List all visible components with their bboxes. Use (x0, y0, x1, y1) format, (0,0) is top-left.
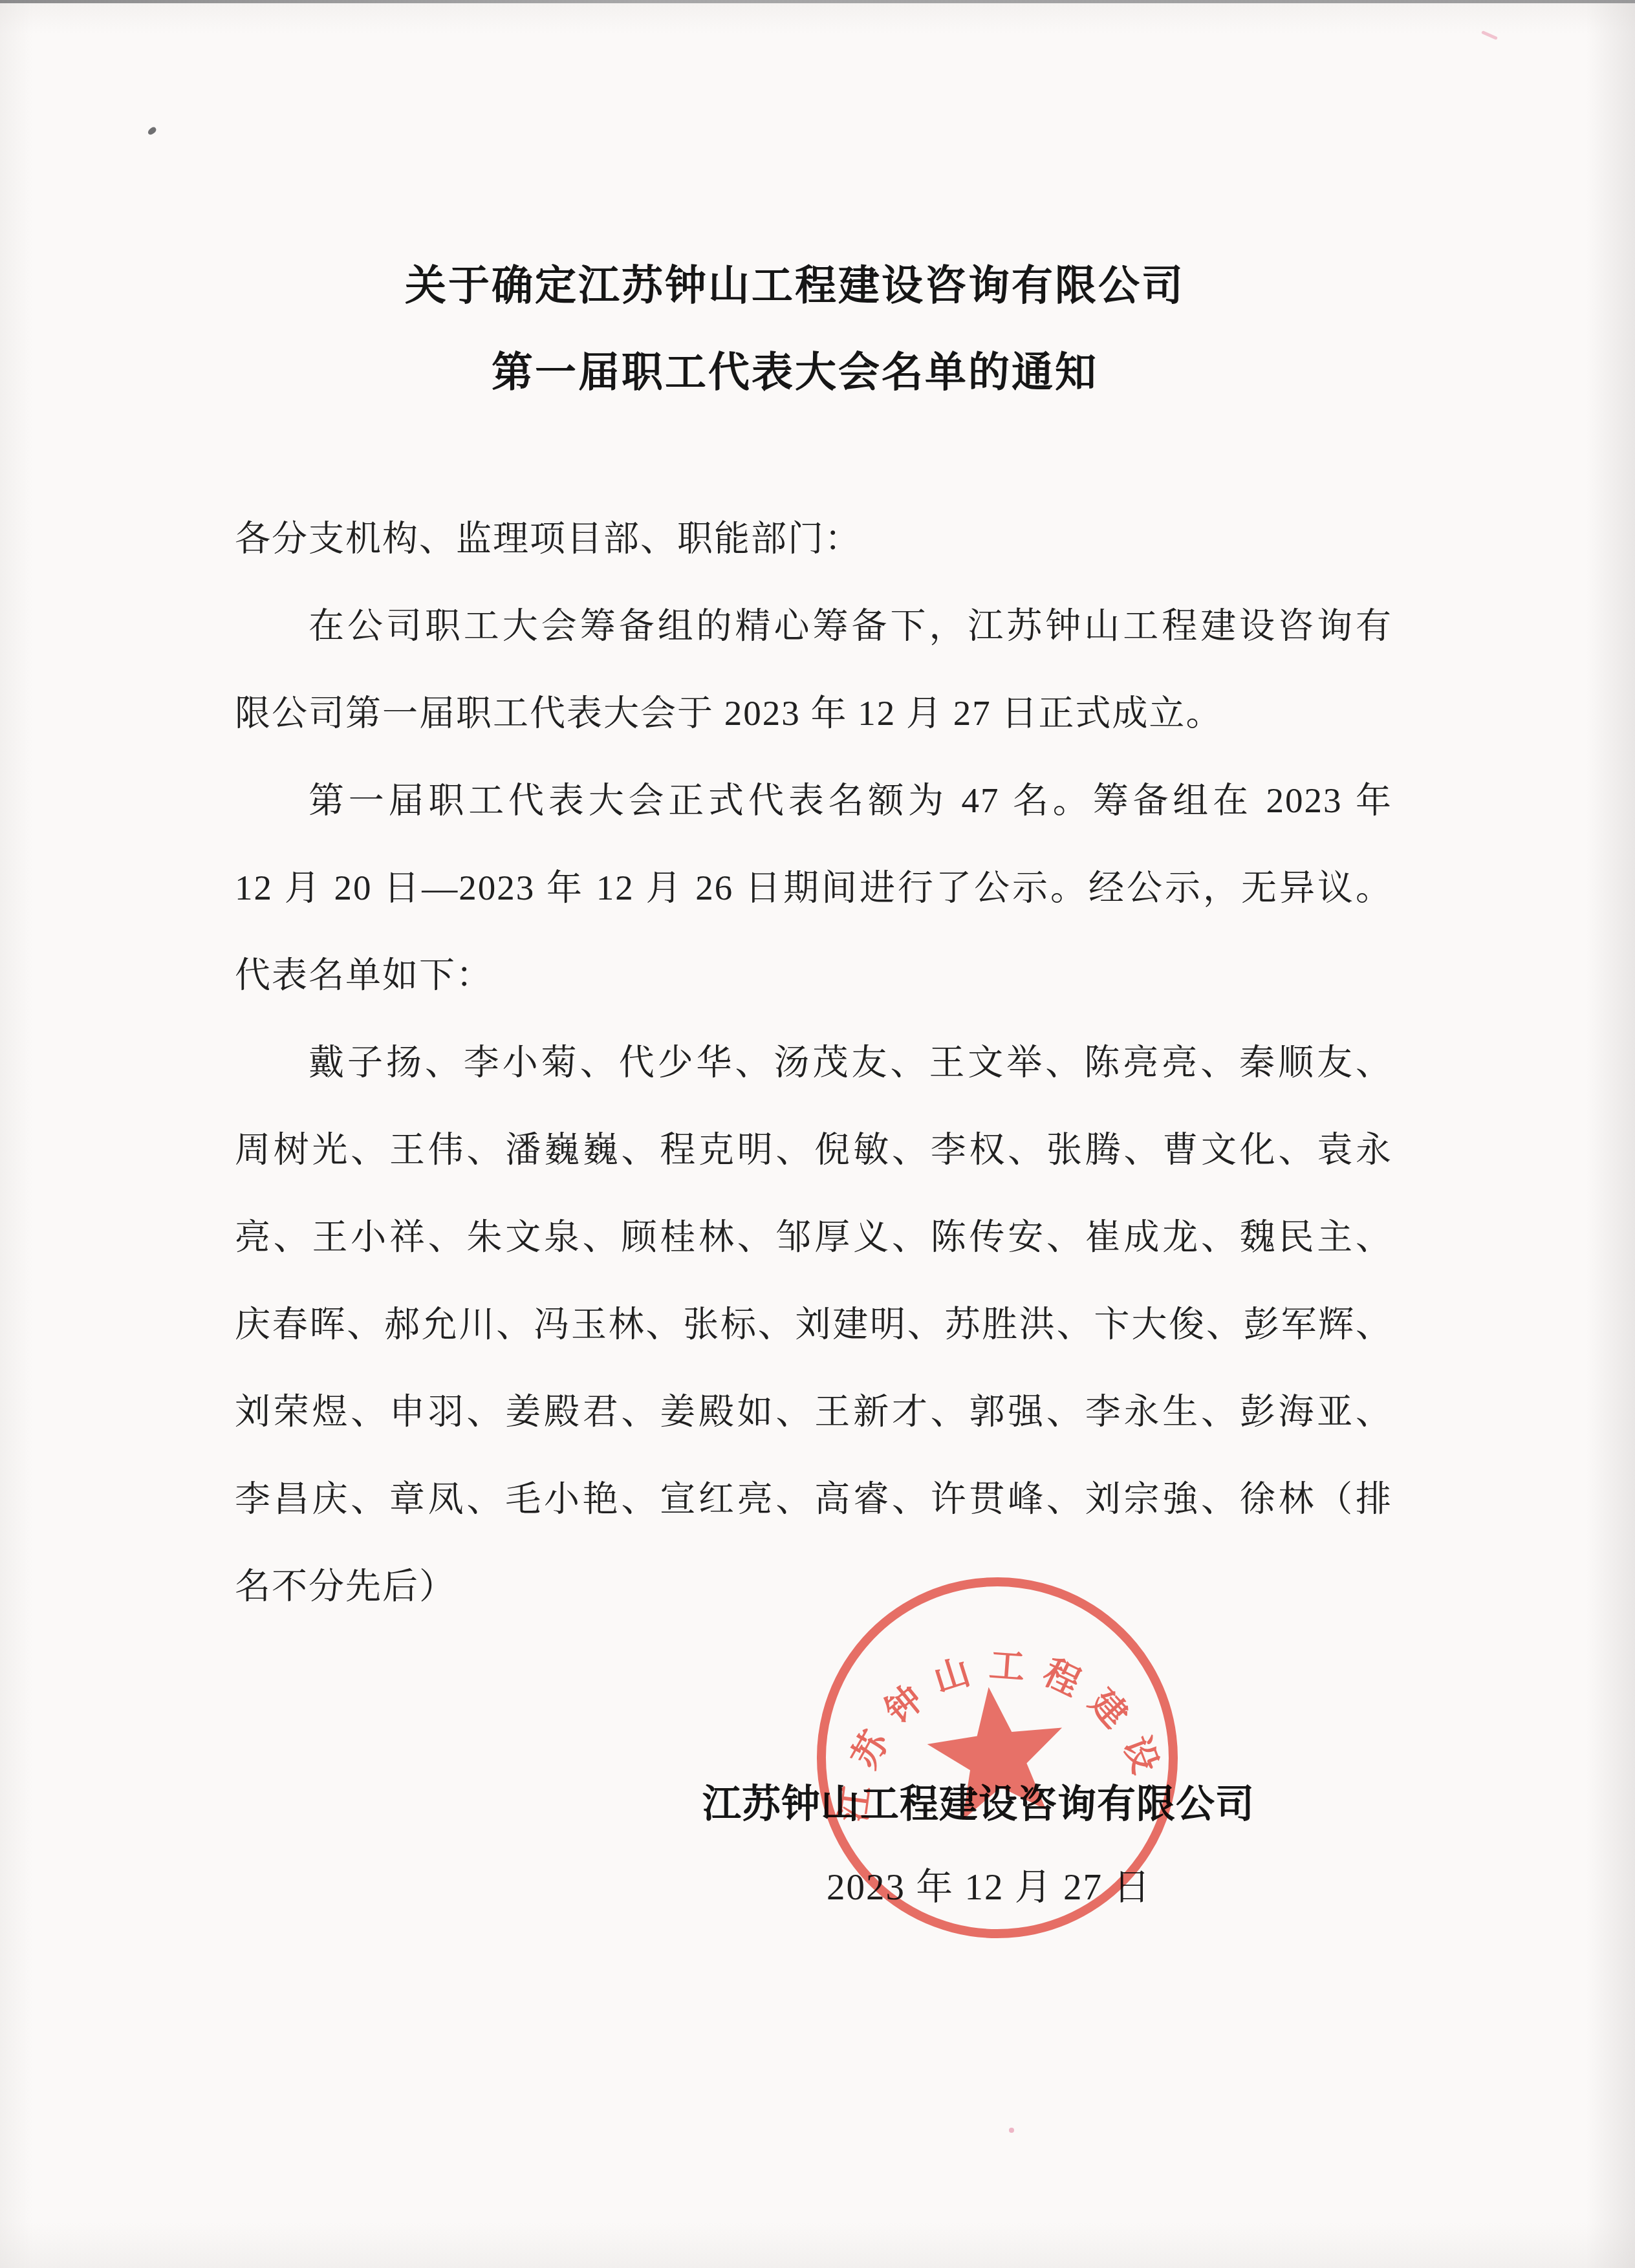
scanned-notice-page: { "document": { "title_lines": [ "关于确定江苏… (0, 0, 1635, 2268)
notice-title-line-2: 第一届职工代表大会名单的通知 (9, 336, 1581, 423)
name-list-line: 名不分先后） (235, 1547, 1392, 1634)
name-list-line: 戴子扬、李小菊、代少华、汤茂友、王文举、陈亮亮、秦顺友、 (235, 1023, 1392, 1110)
name-list-line: 李昌庆、章凤、毛小艳、宣红亮、高睿、许贯峰、刘宗強、徐林（排 (235, 1460, 1392, 1547)
name-list-line: 亮、王小祥、朱文泉、顾桂林、邹厚义、陈传安、崔成龙、魏民主、 (235, 1198, 1392, 1285)
salutation-line: 各分支机构、监理项目部、职能部门： (235, 499, 1392, 587)
body-line: 代表名单如下： (235, 936, 1392, 1023)
name-list-line: 庆春晖、郝允川、冯玉林、张标、刘建明、苏胜洪、卞大俊、彭军辉、 (235, 1285, 1392, 1372)
body-line: 在公司职工大会筹备组的精心筹备下，江苏钟山工程建设咨询有 (235, 587, 1392, 674)
scan-edge-artifact (0, 0, 1635, 3)
name-list-line: 刘荣煜、申羽、姜殿君、姜殿如、王新才、郭强、李永生、彭海亚、 (235, 1372, 1392, 1460)
signature-company-name: 江苏钟山工程建设咨询有限公司 (702, 1773, 1259, 1829)
notice-title-line-1: 关于确定江苏钟山工程建设咨询有限公司 (9, 250, 1581, 336)
body-line: 第一届职工代表大会正式代表名额为 47 名。筹备组在 2023 年 (235, 761, 1392, 848)
notice-body: 各分支机构、监理项目部、职能部门： 在公司职工大会筹备组的精心筹备下，江苏钟山工… (235, 499, 1392, 1634)
signature-date: 2023 年 12 月 27 日 (827, 1857, 1150, 1910)
body-line: 限公司第一届职工代表大会于 2023 年 12 月 27 日正式成立。 (235, 674, 1392, 761)
scan-speck (1009, 2128, 1014, 2133)
notice-title: 关于确定江苏钟山工程建设咨询有限公司 第一届职工代表大会名单的通知 (9, 250, 1581, 423)
name-list-line: 周树光、王伟、潘巍巍、程克明、倪敏、李权、张腾、曹文化、袁永 (235, 1110, 1392, 1198)
body-line: 12 月 20 日—2023 年 12 月 26 日期间进行了公示。经公示，无异… (235, 848, 1392, 936)
